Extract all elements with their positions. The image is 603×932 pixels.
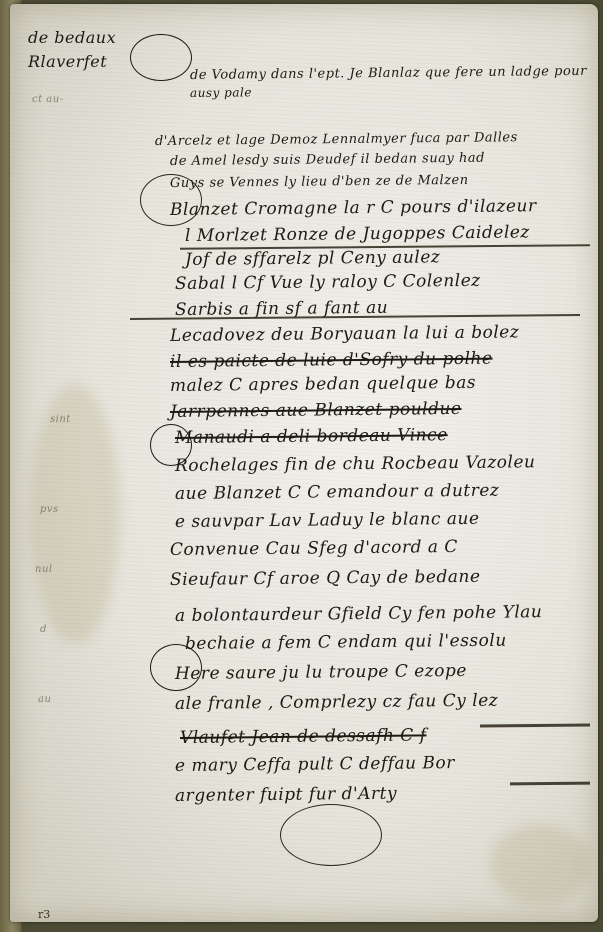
- margin-note: sint: [50, 414, 71, 425]
- margin-note: ct au-: [32, 94, 64, 105]
- strike-rule: [480, 724, 590, 728]
- body-line: a bolontaurdeur Gfield Cy fen pohe Ylau: [175, 602, 543, 626]
- body-line: Convenue Cau Sfeg d'acord a C: [170, 537, 458, 560]
- body-line: argenter fuipt fur d'Arty: [175, 784, 397, 806]
- margin-note: pvs: [40, 504, 59, 515]
- body-line-struck: Manaudi a deli bordeau Vince: [175, 425, 448, 448]
- capital-flourish: [150, 644, 202, 691]
- body-line: Sieufaur Cf aroe Q Cay de bedane: [170, 567, 481, 590]
- body-line: Sarbis a fin sf a fant au: [175, 298, 388, 320]
- body-line: d'Arcelz et lage Demoz Lennalmyer fuca p…: [155, 130, 518, 149]
- body-line: e sauvpar Lav Laduy le blanc aue: [175, 509, 480, 532]
- body-line: aue Blanzet C C emandour a dutrez: [175, 481, 500, 504]
- opening-line-2: ausy pale: [190, 85, 252, 100]
- body-line-struck: il es paicte de luie d'Sofry du polhe: [170, 349, 493, 372]
- margin-heading-2: Rlaverfet: [28, 52, 107, 71]
- capital-flourish: [140, 174, 202, 226]
- underline-rule: [180, 244, 590, 250]
- body-line: Jof de sffarelz pl Ceny aulez: [185, 247, 441, 270]
- body-line: de Amel lesdy suis Deudef il bedan suay …: [170, 151, 485, 169]
- margin-note: d: [40, 624, 47, 635]
- closing-flourish: [280, 804, 382, 866]
- body-line: Blanzet Cromagne la r C pours d'ilazeur: [170, 196, 537, 220]
- body-line: Rochelages fin de chu Rocbeau Vazoleu: [175, 452, 536, 476]
- heading-flourish: [130, 34, 192, 81]
- paper-stain: [490, 824, 590, 904]
- underline-rule: [130, 314, 580, 320]
- body-line: Sabal l Cf Vue ly raloy C Colenlez: [175, 271, 481, 294]
- capital-flourish: [150, 424, 192, 466]
- body-line: l Morlzet Ronze de Jugoppes Caidelez: [185, 222, 530, 246]
- body-line: bechaie a fem C endam qui l'essolu: [185, 631, 507, 654]
- body-line-struck: Vlaufet Jean de dessafh C f: [180, 725, 427, 748]
- strike-rule: [510, 782, 590, 786]
- manuscript-page: de bedaux Rlaverfet de Vodamy dans l'ept…: [10, 4, 598, 922]
- body-line: Guys se Vennes ly lieu d'ben ze de Malze…: [170, 173, 469, 191]
- paper-stain: [30, 384, 120, 644]
- opening-line: de Vodamy dans l'ept. Je Blanlaz que fer…: [190, 64, 587, 83]
- body-line-struck: Jarrpennes aue Blanzet pouldue: [170, 399, 462, 422]
- body-line: ale franle , Comprlezy cz fau Cy lez: [175, 691, 498, 714]
- margin-heading-1: de bedaux: [28, 28, 116, 47]
- margin-note: au: [38, 694, 51, 705]
- body-line: malez C apres bedan quelque bas: [170, 373, 476, 396]
- folio-mark: r3: [38, 908, 50, 921]
- body-line: e mary Ceffa pult C deffau Bor: [175, 753, 455, 776]
- margin-note: nul: [35, 564, 53, 575]
- body-line: Lecadovez deu Boryauan la lui a bolez: [170, 322, 519, 346]
- body-line: Here saure ju lu troupe C ezope: [175, 661, 467, 684]
